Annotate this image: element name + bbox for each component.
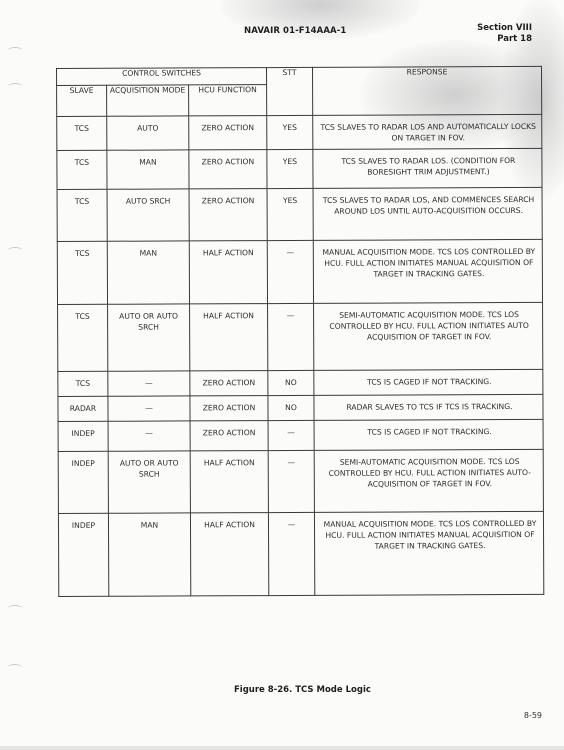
acquisition-mode-cell: —	[108, 396, 190, 421]
page-number: 8-59	[524, 711, 542, 720]
punch-hole-mark	[8, 605, 22, 612]
acquisition-mode-cell: AUTO OR AUTO SRCH	[108, 304, 190, 371]
hcu-function-cell: HALF ACTION	[190, 451, 268, 513]
table-row: INDEPMANHALF ACTION—MANUAL ACQUISITION M…	[58, 511, 543, 596]
tcs-mode-logic-table: CONTROL SWITCHES STT RESPONSE SLAVE ACQU…	[56, 66, 544, 597]
response-cell: TCS SLAVES TO RADAR LOS AND AUTOMATICALL…	[313, 114, 542, 149]
response-cell: SEMI-AUTOMATIC ACQUISITION MODE. TCS LOS…	[314, 449, 543, 512]
punch-hole-mark	[8, 47, 22, 54]
table-row: INDEP—ZERO ACTION—TCS IS CAGED IF NOT TR…	[58, 419, 543, 451]
acquisition-mode-cell: MAN	[108, 513, 190, 596]
stt-cell: —	[268, 420, 314, 450]
stt-cell: —	[268, 512, 314, 595]
hcu-function-cell: ZERO ACTION	[190, 371, 268, 396]
slave-cell: INDEP	[58, 421, 108, 451]
stt-cell: YES	[267, 115, 313, 149]
slave-cell: RADAR	[58, 396, 108, 421]
hcu-function-cell: ZERO ACTION	[190, 396, 268, 421]
punch-hole-mark	[8, 247, 22, 254]
response-cell: SEMI-AUTOMATIC ACQUISITION MODE. TCS LOS…	[314, 302, 543, 370]
table-row: TCSAUTOZERO ACTIONYESTCS SLAVES TO RADAR…	[57, 114, 542, 150]
response-cell: MANUAL ACQUISITION MODE. TCS LOS CONTROL…	[314, 511, 543, 595]
table-row: TCSAUTO OR AUTO SRCHHALF ACTION—SEMI-AUT…	[58, 302, 543, 371]
hcu-function-cell: ZERO ACTION	[189, 116, 267, 150]
hcu-function-cell: ZERO ACTION	[190, 421, 268, 451]
response-cell: TCS IS CAGED IF NOT TRACKING.	[314, 369, 543, 395]
hcu-function-cell: HALF ACTION	[190, 304, 268, 371]
table-row: TCSMANHALF ACTION—MANUAL ACQUISITION MOD…	[57, 239, 542, 304]
stt-cell: NO	[268, 370, 314, 395]
stt-cell: YES	[267, 188, 313, 240]
response-cell: MANUAL ACQUISITION MODE. TCS LOS CONTROL…	[313, 239, 542, 303]
punch-hole-mark	[8, 664, 22, 671]
table-row: TCSAUTO SRCHZERO ACTIONYESTCS SLAVES TO …	[57, 187, 542, 241]
section-info: Section VIII Part 18	[477, 23, 532, 45]
slave-cell: TCS	[57, 241, 107, 304]
hcu-function-cell: HALF ACTION	[190, 513, 268, 596]
stt-cell: —	[268, 450, 314, 512]
figure-caption: Figure 8-26. TCS Mode Logic	[234, 685, 371, 695]
slave-cell: INDEP	[58, 513, 108, 596]
response-cell: TCS SLAVES TO RADAR LOS, AND COMMENCES S…	[313, 187, 542, 240]
page-edge	[0, 746, 564, 750]
table-row: TCS—ZERO ACTIONNOTCS IS CAGED IF NOT TRA…	[58, 369, 543, 396]
acquisition-mode-cell: —	[108, 371, 190, 396]
stt-cell: YES	[267, 149, 313, 188]
hcu-function-cell: ZERO ACTION	[189, 189, 267, 241]
slave-cell: TCS	[58, 304, 108, 371]
slave-cell: TCS	[57, 150, 107, 189]
response-cell: TCS SLAVES TO RADAR LOS. (CONDITION FOR …	[313, 148, 542, 188]
acquisition-mode-cell: MAN	[107, 241, 189, 304]
acquisition-mode-cell: AUTO SRCH	[107, 189, 189, 241]
response-cell: TCS IS CAGED IF NOT TRACKING.	[314, 419, 543, 450]
acquisition-mode-cell: AUTO	[107, 116, 189, 150]
slave-cell: INDEP	[58, 451, 108, 513]
response-cell: RADAR SLAVES TO TCS IF TCS IS TRACKING.	[314, 394, 543, 420]
table-row: TCSMANZERO ACTIONYESTCS SLAVES TO RADAR …	[57, 148, 542, 189]
table-row: INDEPAUTO OR AUTO SRCHHALF ACTION—SEMI-A…	[58, 449, 543, 513]
acquisition-mode-cell: —	[108, 421, 190, 451]
acquisition-mode-header: ACQUISITION MODE	[107, 85, 189, 116]
hcu-function-header: HCU FUNCTION	[189, 85, 267, 116]
part-label: Part 18	[477, 34, 532, 45]
document-number: NAVAIR 01-F14AAA-1	[244, 26, 346, 36]
control-switches-header: CONTROL SWITCHES	[57, 68, 267, 86]
slave-header: SLAVE	[57, 85, 107, 116]
response-header: RESPONSE	[312, 66, 541, 115]
acquisition-mode-cell: AUTO OR AUTO SRCH	[108, 451, 190, 513]
slave-cell: TCS	[57, 116, 107, 150]
stt-cell: NO	[268, 395, 314, 420]
stt-cell: —	[268, 303, 314, 370]
punch-hole-mark	[8, 83, 22, 90]
table-row: RADAR—ZERO ACTIONNORADAR SLAVES TO TCS I…	[58, 394, 543, 421]
acquisition-mode-cell: MAN	[107, 150, 189, 189]
section-label: Section VIII	[477, 23, 532, 34]
stt-header: STT	[267, 67, 313, 115]
hcu-function-cell: ZERO ACTION	[189, 150, 267, 189]
hcu-function-cell: HALF ACTION	[189, 241, 267, 304]
slave-cell: TCS	[57, 189, 107, 241]
stt-cell: —	[267, 240, 313, 303]
slave-cell: TCS	[58, 371, 108, 396]
